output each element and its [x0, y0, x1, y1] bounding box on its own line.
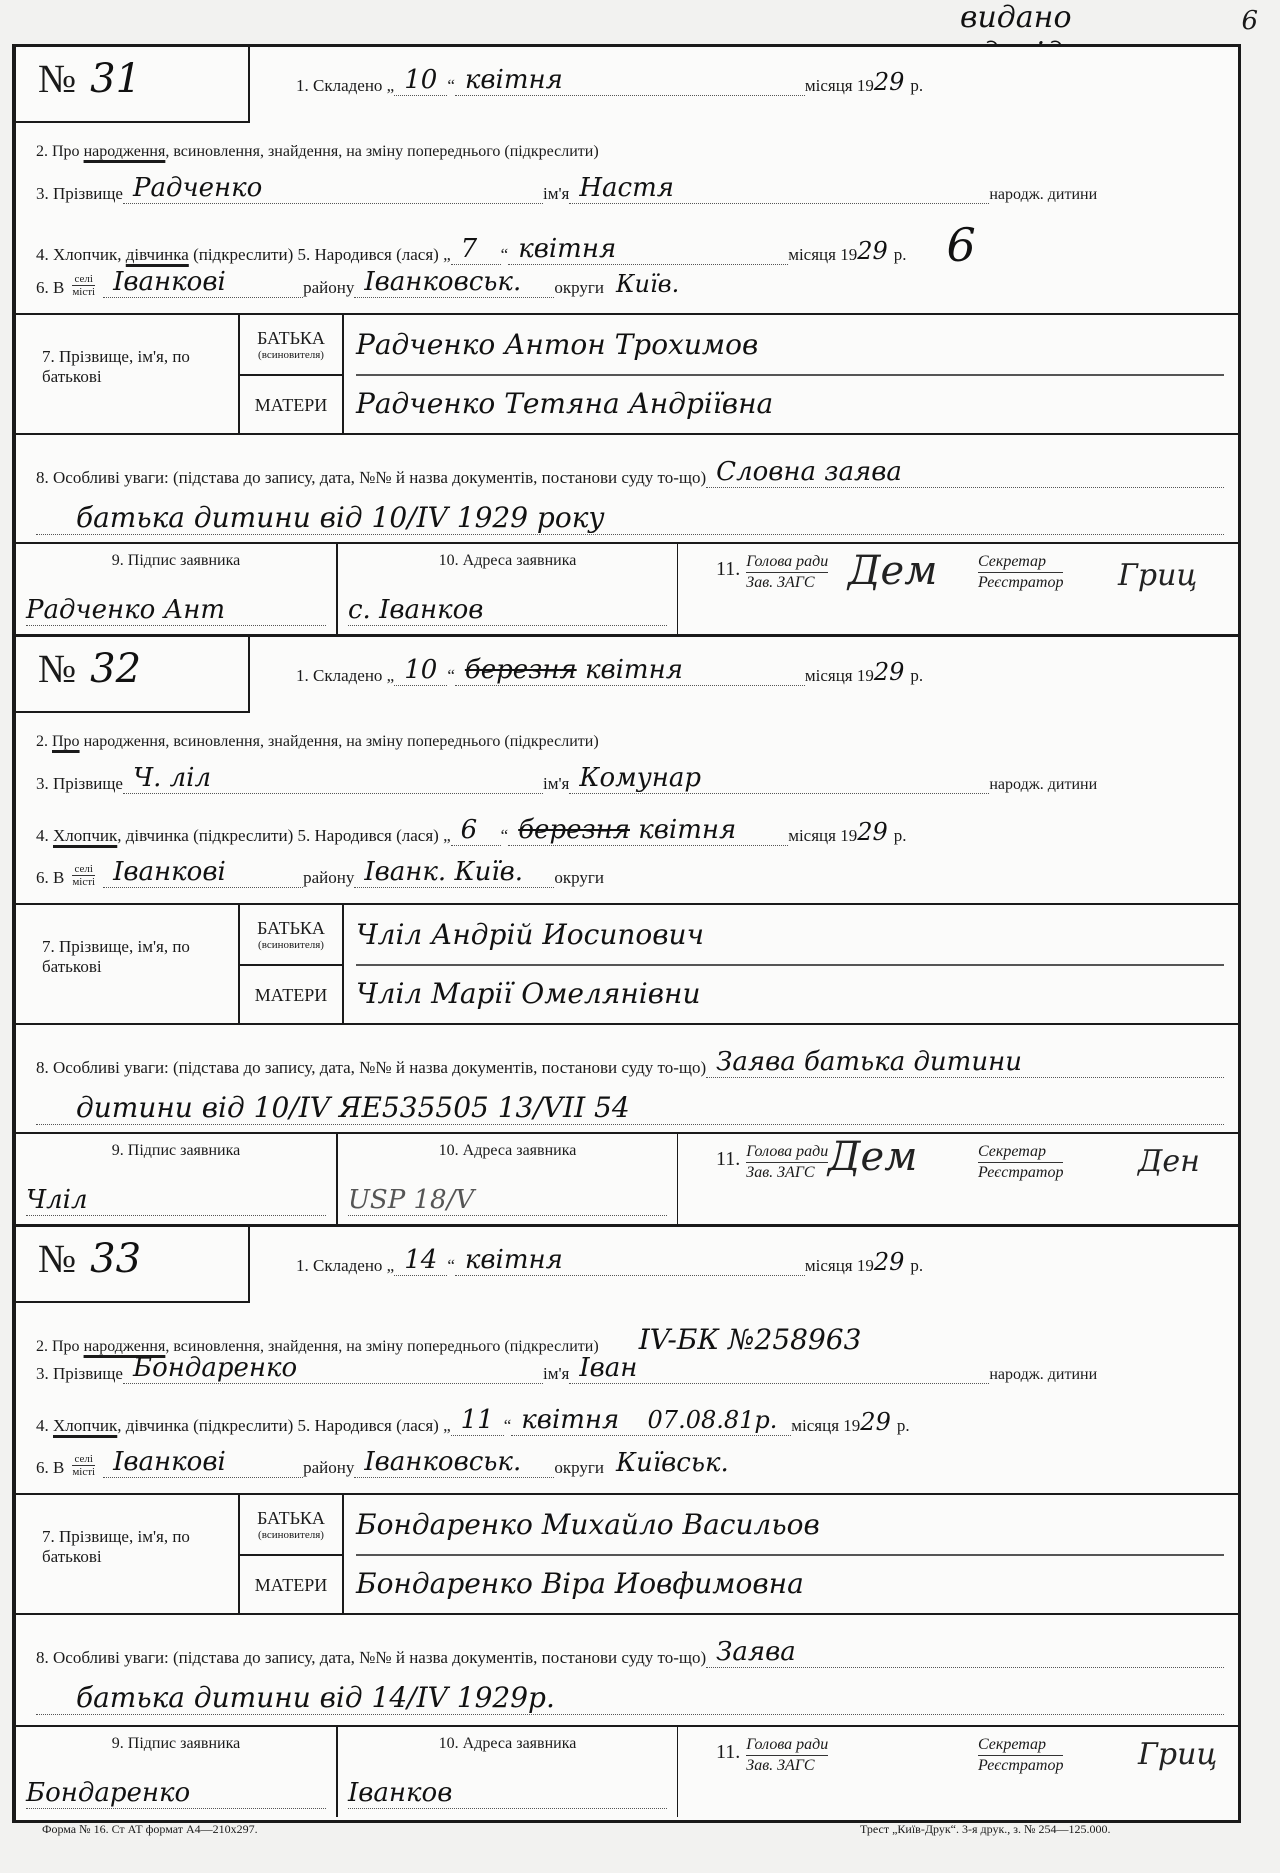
about-opt-found: знайдення	[268, 733, 338, 751]
chair-title: 11.Голова радиЗав. ЗАГС	[716, 552, 828, 593]
secretary-label: Секретар	[978, 1735, 1063, 1756]
parents-label: 7. Прізвище, ім'я, по батькові	[42, 937, 212, 977]
gender-prefix: 4.	[36, 1416, 49, 1436]
birth-register-sheet: №31 1. Складено „ 10 “ квітня місяця 192…	[12, 44, 1241, 1823]
quote: “	[447, 1256, 455, 1276]
notes-label: 8. Особливі уваги: (підстава до запису, …	[36, 468, 706, 488]
compiled-month: квітня	[465, 65, 563, 95]
father-role-sub: (всиновителя)	[258, 939, 324, 951]
officials-cell: 11.Голова радиЗав. ЗАГС Дем СекретарРеєс…	[678, 544, 1238, 634]
place-row: 6. В селімісті Іванкові району Іванковсь…	[36, 267, 1224, 298]
born-day: 7	[451, 234, 501, 265]
gender-birth-row: 4. Хлопчик, дівчинка (підкреслити) 5. На…	[36, 1405, 1224, 1436]
officials-num: 11.	[716, 1148, 740, 1183]
registrar-label: Реєстратор	[978, 1756, 1063, 1776]
chair-label: Голова ради	[746, 552, 828, 573]
about-opt-change: на зміну попереднього	[346, 733, 500, 751]
number-sign: №	[38, 56, 76, 101]
father-role-label: БАТЬКА	[257, 1508, 325, 1529]
father-role-label: БАТЬКА	[257, 918, 325, 939]
applicant-signature: Чліл	[26, 1185, 326, 1216]
name-label: ім'я	[543, 1364, 569, 1384]
surname-value: Радченко	[123, 173, 543, 204]
compiled-year: 29	[874, 68, 905, 96]
chair-label: Голова ради	[746, 1142, 828, 1163]
frac-city: місті	[72, 286, 95, 298]
compiled-label: 1. Складено „	[296, 1256, 394, 1276]
born-day: 6	[451, 815, 501, 846]
parents-block: 7. Прізвище, ім'я, по батькові БАТЬКА(вс…	[16, 903, 1238, 1025]
about-opt-birth: народження	[84, 143, 166, 161]
notes-line-2: батька дитини від 10/IV 1929 року	[36, 501, 1224, 535]
father-role-sub: (всиновителя)	[258, 1529, 324, 1541]
frac-village: селі	[72, 863, 95, 876]
about-opt-adoption: всиновлення	[173, 733, 260, 751]
year-suffix: р.	[894, 826, 907, 846]
notes-line-2: батька дитини від 14/IV 1929р.	[36, 1681, 1224, 1715]
month-year-label: місяця 19	[788, 826, 857, 846]
record-number: 31	[90, 56, 141, 102]
chair-label: Голова ради	[746, 1735, 828, 1756]
record-number-box: №31	[16, 47, 250, 123]
district-value: Іванк.	[364, 857, 446, 887]
about-opt-pro: Про	[52, 143, 80, 161]
about-opt-change: на зміну попереднього	[346, 143, 500, 161]
mother-name: Радченко Тетяна Андріївна	[356, 374, 1224, 433]
about-opt-adoption: всиновлення	[173, 143, 260, 161]
name-label: ім'я	[543, 184, 569, 204]
month-year-label: місяця 19	[805, 76, 874, 96]
applicant-address-cell: 10. Адреса заявникаІванков	[338, 1727, 678, 1817]
record-33: №33 1. Складено „ 14 “ квітня місяця 192…	[16, 1227, 1238, 1817]
about-prefix: 2.	[36, 143, 48, 161]
chair-signature: Дем	[828, 1134, 917, 1180]
issue-date-note: 07.08.81р.	[648, 1406, 778, 1434]
compiled-date-row: 1. Складено „ 14 “ квітня місяця 1929 р.	[296, 1245, 1224, 1276]
father-role: БАТЬКА(всиновителя)	[240, 315, 342, 376]
child-suffix: народж. дитини	[989, 186, 1097, 204]
quote: “	[504, 1416, 512, 1436]
about-opt-pro: Про	[52, 733, 80, 751]
signatures-block: 9. Підпис заявникаЧліл 10. Адреса заявни…	[16, 1132, 1238, 1224]
quote: “	[447, 76, 455, 96]
compiled-month: квітня	[585, 655, 683, 685]
registrar-signature: Ден	[1138, 1144, 1200, 1179]
gender-hint: (підкреслити)	[193, 1416, 293, 1436]
district-value: Іванковськ.	[354, 267, 554, 298]
okruha-label: округи	[554, 278, 604, 298]
applicant-signature-cell: 9. Підпис заявникаРадченко Ант	[16, 544, 338, 634]
secretary-label: Секретар	[978, 1142, 1063, 1163]
notes-line-2: дитини від 10/IV ЯЕ535505 13/VII 54	[36, 1091, 1224, 1125]
name-row: 3. Прізвище Ч. ліл ім'я Комунар народж. …	[36, 763, 1224, 794]
frac-city: місті	[72, 1466, 95, 1478]
record-number-box: №32	[16, 637, 250, 713]
district-label: району	[303, 868, 354, 888]
officials-cell: 11.Голова радиЗав. ЗАГС СекретарРеєстрат…	[678, 1727, 1238, 1817]
zags-label: Зав. ЗАГС	[746, 1756, 828, 1776]
compiled-label: 1. Складено „	[296, 76, 394, 96]
year-suffix: р.	[910, 666, 923, 686]
applicant-sign-label: 9. Підпис заявника	[16, 1134, 336, 1160]
father-name: Радченко Антон Трохимов	[356, 315, 1224, 376]
father-role-label: БАТЬКА	[257, 328, 325, 349]
compiled-label: 1. Складено „	[296, 666, 394, 686]
name-value: Настя	[569, 173, 989, 204]
registrar-title: СекретарРеєстратор	[978, 1735, 1063, 1776]
compiled-date-row: 1. Складено „ 10 “ березня квітня місяця…	[296, 655, 1224, 686]
child-suffix: народж. дитини	[989, 776, 1097, 794]
gender-hint: (підкреслити)	[193, 245, 293, 265]
applicant-address: Іванков	[348, 1778, 667, 1809]
parents-label: 7. Прізвище, ім'я, по батькові	[42, 1527, 212, 1567]
okruha-label: округи	[554, 868, 604, 888]
village-city-fraction: селімісті	[72, 273, 95, 298]
page-number: 6	[1241, 6, 1258, 36]
name-value: Іван	[569, 1353, 989, 1384]
place-prefix: 6. В	[36, 278, 64, 298]
notes-label: 8. Особливі уваги: (підстава до запису, …	[36, 1058, 706, 1078]
born-month-struck: березня	[518, 815, 630, 845]
applicant-signature: Бондаренко	[26, 1778, 326, 1809]
signatures-block: 9. Підпис заявникаБондаренко 10. Адреса …	[16, 1725, 1238, 1817]
born-day: 11	[451, 1405, 504, 1436]
record-32: №32 1. Складено „ 10 “ березня квітня мі…	[16, 637, 1238, 1227]
month-year-label: місяця 19	[805, 666, 874, 686]
registrar-label: Реєстратор	[978, 1163, 1063, 1183]
name-row: 3. Прізвище Бондаренко ім'я Іван народж.…	[36, 1353, 1224, 1384]
margin-mark: 6	[947, 225, 976, 265]
about-row: 2. Про народження, всиновлення, знайденн…	[36, 143, 1224, 161]
gender-boy: Хлопчик	[53, 826, 117, 846]
village-city-fraction: селімісті	[72, 1453, 95, 1478]
gender-hint: (підкреслити)	[193, 826, 293, 846]
record-number-box: №33	[16, 1227, 250, 1303]
month-year-label: місяця 19	[805, 1256, 874, 1276]
gender-birth-row: 4. Хлопчик, дівчинка (підкреслити) 5. На…	[36, 225, 1224, 265]
parents-block: 7. Прізвище, ім'я, по батькові БАТЬКА(вс…	[16, 1493, 1238, 1615]
frac-city: місті	[72, 876, 95, 888]
mother-name: Бондаренко Віра Иовфимовна	[356, 1554, 1224, 1613]
village-value: Іванкові	[103, 267, 303, 298]
compiled-day: 10	[394, 65, 447, 96]
chair-title: 11.Голова радиЗав. ЗАГС	[716, 1735, 828, 1776]
number-sign: №	[38, 1236, 76, 1281]
applicant-address-cell: 10. Адреса заявникаUSP 18/V	[338, 1134, 678, 1224]
applicant-signature: Радченко Ант	[26, 595, 326, 626]
parents-block: 7. Прізвище, ім'я, по батькові БАТЬКА(вс…	[16, 313, 1238, 435]
year-suffix: р.	[894, 245, 907, 265]
mother-role-label: МАТЕРИ	[255, 395, 327, 416]
form-footer-left: Форма № 16. Ст АТ формат А4—210х297.	[42, 1822, 258, 1837]
okruha-value: Київ.	[454, 857, 523, 887]
father-role-sub: (всиновителя)	[258, 349, 324, 361]
born-year: 29	[860, 1408, 891, 1436]
compiled-month: квітня	[465, 1245, 563, 1275]
record-31: №31 1. Складено „ 10 “ квітня місяця 192…	[16, 47, 1238, 637]
applicant-sign-label: 9. Підпис заявника	[16, 544, 336, 570]
about-opt-found: знайдення	[268, 143, 338, 161]
notes-line-1: Словна заява	[706, 457, 1224, 488]
number-sign: №	[38, 646, 76, 691]
village-city-fraction: селімісті	[72, 863, 95, 888]
compiled-month-struck: березня	[465, 655, 577, 685]
applicant-sign-label: 9. Підпис заявника	[16, 1727, 336, 1753]
frac-village: селі	[72, 273, 95, 286]
gender-girl: дівчинка	[126, 1416, 189, 1436]
officials-num: 11.	[716, 1741, 740, 1776]
born-label: 5. Народився (лася) „	[298, 1416, 451, 1436]
about-hint: (підкреслити)	[504, 143, 598, 161]
chair-title: 11.Голова радиЗав. ЗАГС	[716, 1142, 828, 1183]
father-name: Бондаренко Михайло Васильов	[356, 1495, 1224, 1556]
born-month: квітня	[638, 815, 736, 845]
about-row: 2. Про народження, всиновлення, знайденн…	[36, 1323, 1224, 1356]
form-footer-right: Трест „Київ-Друк“. 3-я друк., з. № 254—1…	[860, 1822, 1110, 1837]
father-role: БАТЬКА(всиновителя)	[240, 905, 342, 966]
applicant-address: с. Іванков	[348, 595, 667, 626]
about-row: 2. Про народження, всиновлення, знайденн…	[36, 733, 1224, 751]
compiled-year: 29	[874, 658, 905, 686]
secretary-label: Секретар	[978, 552, 1063, 573]
applicant-signature-cell: 9. Підпис заявникаБондаренко	[16, 1727, 338, 1817]
mother-role: МАТЕРИ	[240, 376, 342, 435]
district-label: району	[303, 1458, 354, 1478]
born-year: 29	[857, 237, 888, 265]
zags-label: Зав. ЗАГС	[746, 573, 828, 593]
year-suffix: р.	[910, 1256, 923, 1276]
applicant-address-label: 10. Адреса заявника	[338, 1727, 677, 1753]
surname-label: 3. Прізвище	[36, 1364, 123, 1384]
mother-role: МАТЕРИ	[240, 1556, 342, 1615]
born-label: 5. Народився (лася) „	[298, 826, 451, 846]
surname-value: Бондаренко	[123, 1353, 543, 1384]
born-month: квітня	[518, 234, 616, 264]
signatures-block: 9. Підпис заявникаРадченко Ант 10. Адрес…	[16, 542, 1238, 634]
record-number: 33	[90, 1236, 141, 1282]
district-label: району	[303, 278, 354, 298]
about-opt-birth: народження	[84, 733, 166, 751]
applicant-signature-cell: 9. Підпис заявникаЧліл	[16, 1134, 338, 1224]
place-prefix: 6. В	[36, 868, 64, 888]
gender-boy: Хлопчик	[53, 1416, 117, 1436]
mother-role-label: МАТЕРИ	[255, 985, 327, 1006]
note-line-1: видано	[960, 0, 1142, 36]
gender-boy: Хлопчик	[53, 245, 117, 265]
year-suffix: р.	[910, 76, 923, 96]
surname-value: Ч. ліл	[123, 763, 543, 794]
quote: “	[501, 245, 509, 265]
chair-signature: Дем	[848, 548, 937, 594]
notes-line-1: Заява батька дитини	[706, 1047, 1224, 1078]
surname-label: 3. Прізвище	[36, 774, 123, 794]
gender-prefix: 4.	[36, 826, 49, 846]
registrar-title: СекретарРеєстратор	[978, 1142, 1063, 1183]
applicant-address-label: 10. Адреса заявника	[338, 544, 677, 570]
compiled-year: 29	[874, 1248, 905, 1276]
officials-num: 11.	[716, 558, 740, 593]
parent-roles: БАТЬКА(всиновителя) МАТЕРИ	[238, 905, 344, 1023]
parents-label: 7. Прізвище, ім'я, по батькові	[42, 347, 212, 387]
registrar-label: Реєстратор	[978, 573, 1063, 593]
record-number: 32	[90, 646, 141, 692]
village-value: Іванкові	[103, 857, 303, 888]
about-prefix: 2.	[36, 733, 48, 751]
compiled-day: 10	[394, 655, 447, 686]
notes-line-1: Заява	[706, 1637, 1224, 1668]
gender-girl: дівчинка	[126, 245, 189, 265]
overlay-note: USP 18/V	[348, 1185, 667, 1216]
month-year-label: місяця 19	[788, 245, 857, 265]
okruha-value: Київськ.	[616, 1448, 729, 1478]
about-hint: (підкреслити)	[504, 733, 598, 751]
gender-birth-row: 4. Хлопчик, дівчинка (підкреслити) 5. На…	[36, 815, 1224, 846]
applicant-address-cell: 10. Адреса заявникас. Іванков	[338, 544, 678, 634]
mother-role: МАТЕРИ	[240, 966, 342, 1025]
born-label: 5. Народився (лася) „	[298, 245, 451, 265]
child-suffix: народж. дитини	[989, 1366, 1097, 1384]
gender-prefix: 4.	[36, 245, 49, 265]
applicant-address-label: 10. Адреса заявника	[338, 1134, 677, 1160]
surname-label: 3. Прізвище	[36, 184, 123, 204]
zags-label: Зав. ЗАГС	[746, 1163, 828, 1183]
parent-roles: БАТЬКА(всиновителя) МАТЕРИ	[238, 315, 344, 433]
father-role: БАТЬКА(всиновителя)	[240, 1495, 342, 1556]
parent-roles: БАТЬКА(всиновителя) МАТЕРИ	[238, 1495, 344, 1613]
name-value: Комунар	[569, 763, 989, 794]
registrar-signature: Гриц	[1138, 1737, 1217, 1772]
village-value: Іванкові	[103, 1447, 303, 1478]
name-label: ім'я	[543, 774, 569, 794]
year-suffix: р.	[897, 1416, 910, 1436]
officials-cell: 11.Голова радиЗав. ЗАГС Дем СекретарРеєс…	[678, 1134, 1238, 1224]
notes-label: 8. Особливі уваги: (підстава до запису, …	[36, 1648, 706, 1668]
frac-village: селі	[72, 1453, 95, 1466]
mother-name: Чліл Марії Омелянівни	[356, 964, 1224, 1023]
month-year-label: місяця 19	[791, 1416, 860, 1436]
quote: “	[447, 666, 455, 686]
compiled-day: 14	[394, 1245, 447, 1276]
mother-role-label: МАТЕРИ	[255, 1575, 327, 1596]
born-month: квітня	[521, 1405, 619, 1435]
name-row: 3. Прізвище Радченко ім'я Настя народж. …	[36, 173, 1224, 204]
registrar-signature: Гриц	[1118, 558, 1197, 593]
registrar-title: СекретарРеєстратор	[978, 552, 1063, 593]
certificate-number-note: IV-БК №258963	[639, 1323, 862, 1356]
born-year: 29	[857, 818, 888, 846]
okruha-label: округи	[554, 1458, 604, 1478]
place-row: 6. В селімісті Іванкові району Іванковсь…	[36, 1447, 1224, 1478]
father-name: Чліл Андрій Иосипович	[356, 905, 1224, 966]
okruha-value: Київ.	[616, 270, 679, 298]
gender-girl: дівчинка	[126, 826, 189, 846]
place-prefix: 6. В	[36, 1458, 64, 1478]
place-row: 6. В селімісті Іванкові району Іванк. Ки…	[36, 857, 1224, 888]
district-value: Іванковськ.	[354, 1447, 554, 1478]
quote: “	[501, 826, 509, 846]
compiled-date-row: 1. Складено „ 10 “ квітня місяця 1929 р.	[296, 65, 1224, 96]
